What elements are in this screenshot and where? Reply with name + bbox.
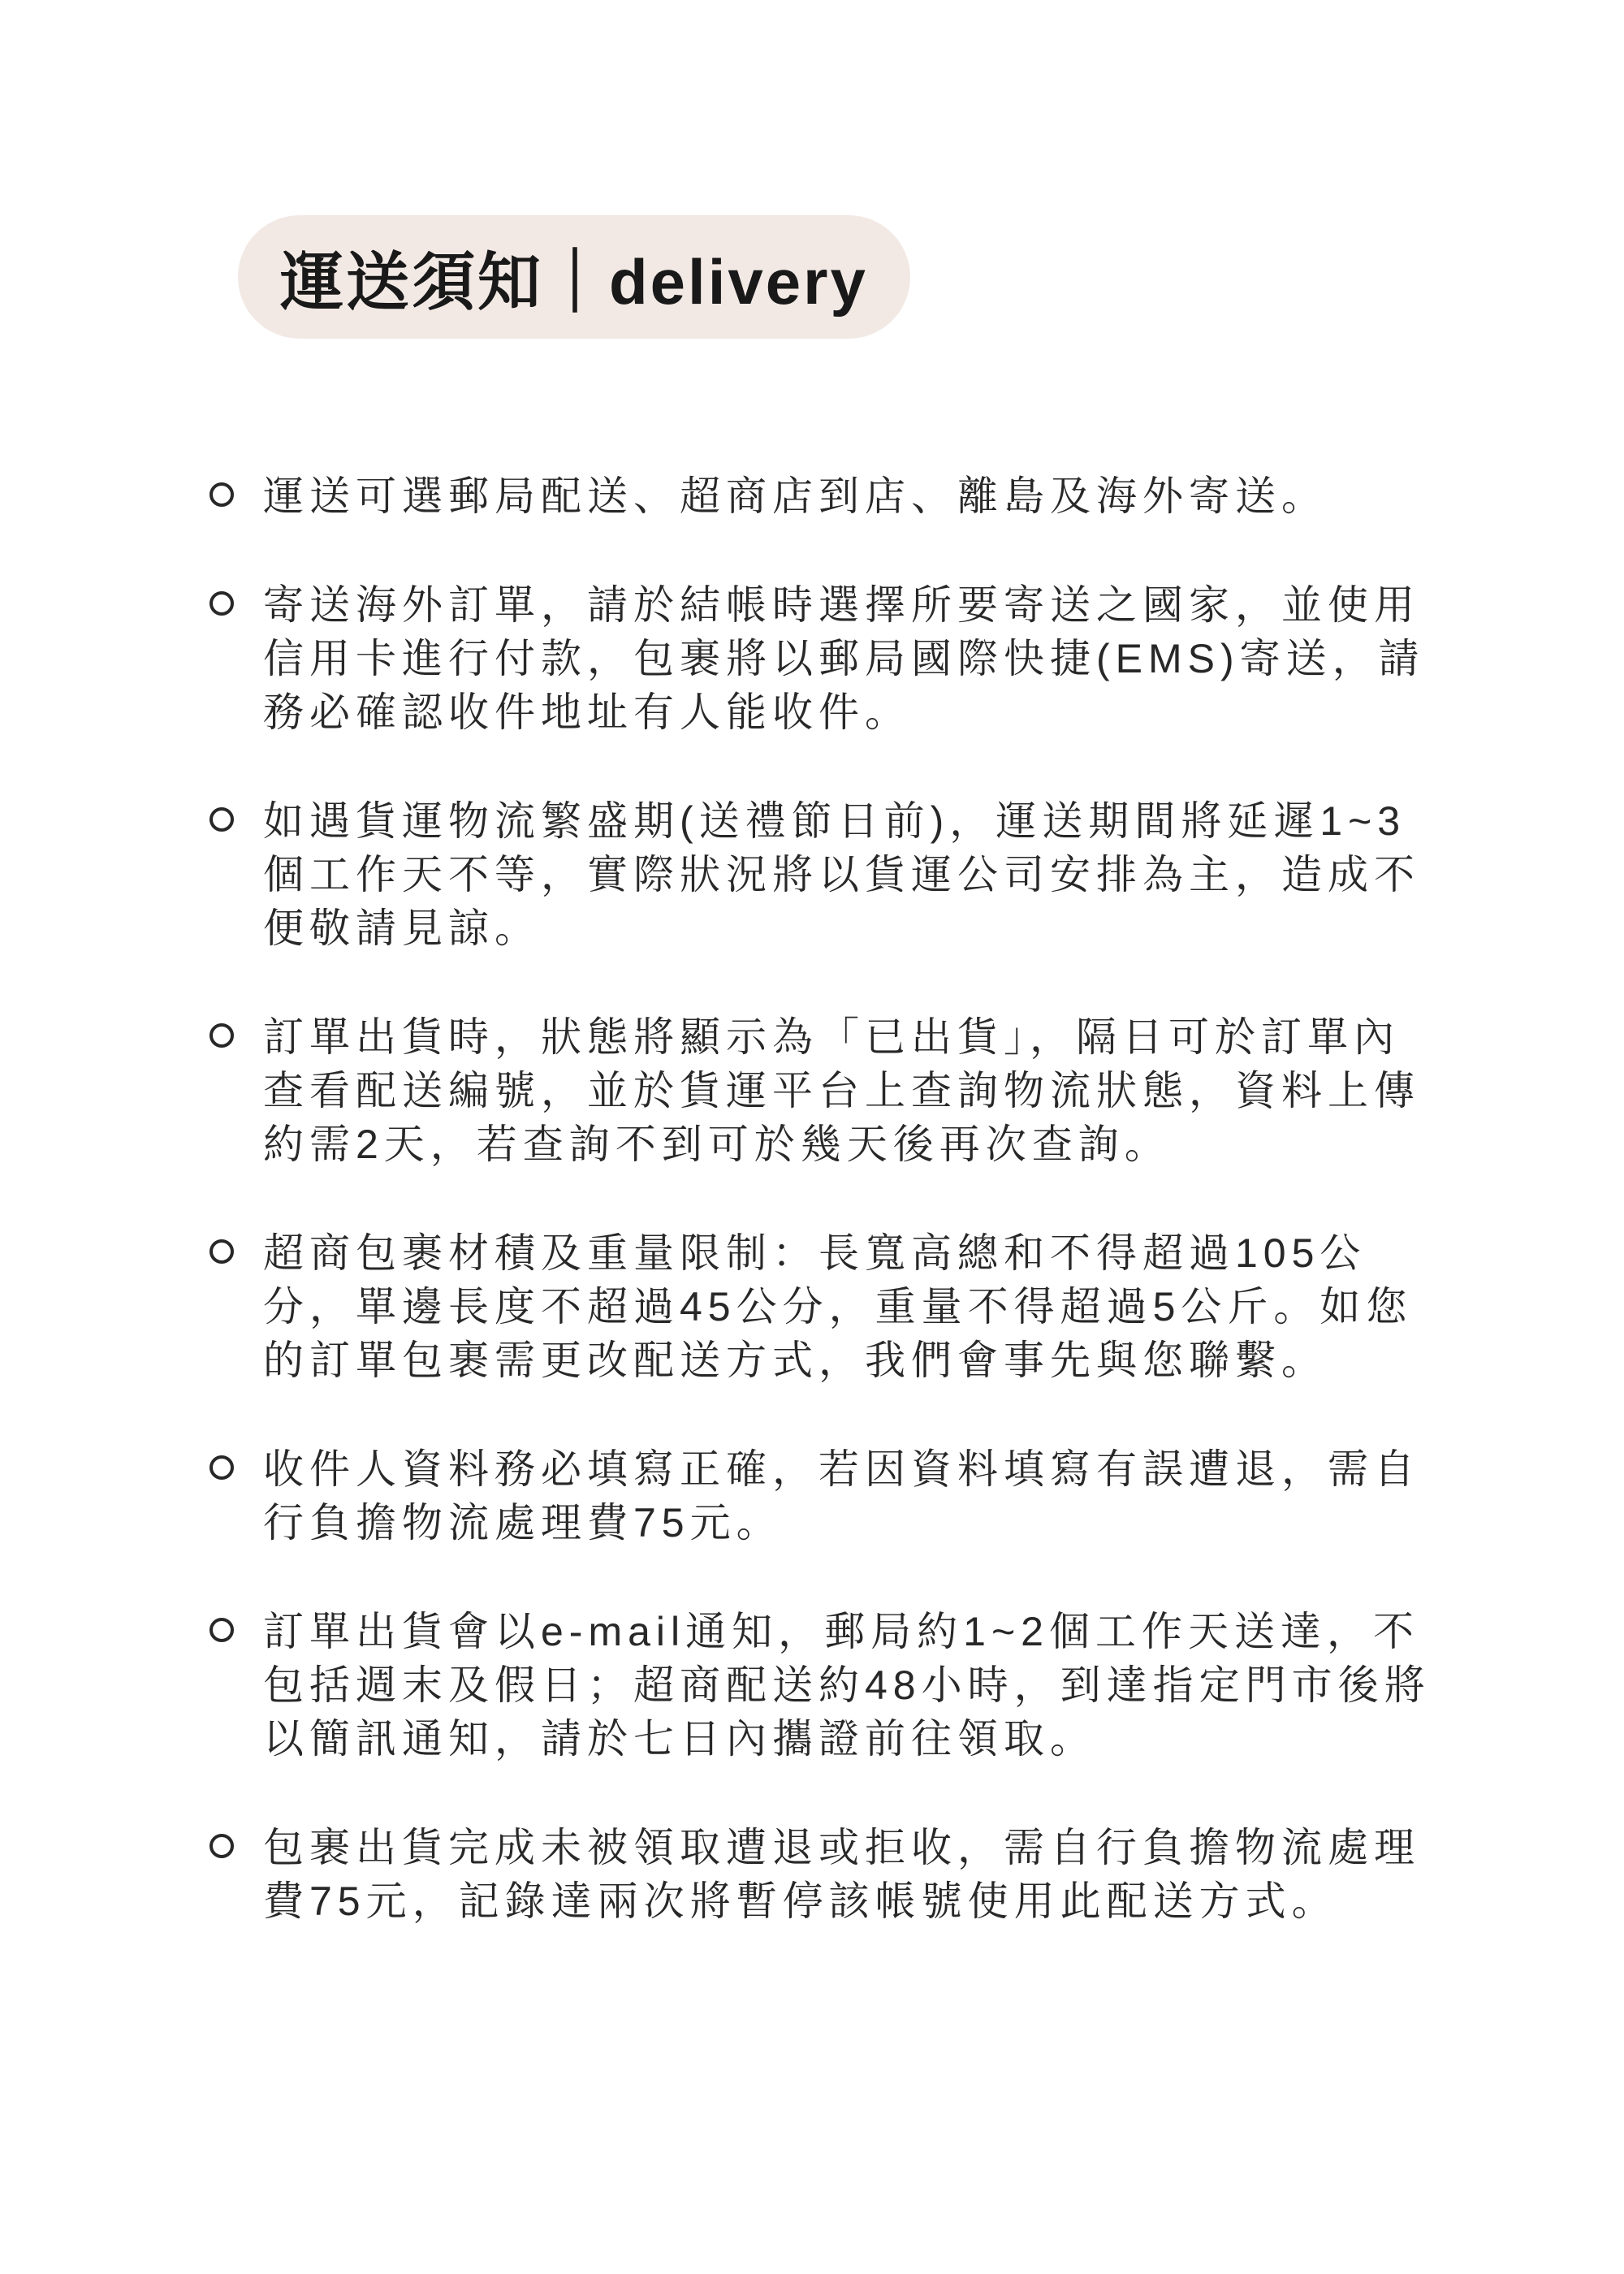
circle-bullet-icon (209, 1239, 234, 1264)
page-title: 運送須知｜delivery (280, 231, 868, 322)
page-title-pill: 運送須知｜delivery (238, 215, 910, 339)
delivery-note-item: 超商包裹材積及重量限制：長寬高總和不得超過105公分，單邊長度不超過45公分，重… (209, 1226, 1432, 1387)
delivery-note-item: 收件人資料務必填寫正確，若因資料填寫有誤遭退，需自行負擔物流處理費75元。 (209, 1442, 1432, 1550)
circle-bullet-icon (209, 807, 234, 832)
delivery-note-text: 超商包裹材積及重量限制：長寬高總和不得超過105公分，單邊長度不超過45公分，重… (263, 1226, 1432, 1387)
delivery-note-text: 訂單出貨時，狀態將顯示為「已出貨」，隔日可於訂單內查看配送編號，並於貨運平台上查… (263, 1010, 1432, 1171)
circle-bullet-icon (209, 482, 234, 507)
delivery-note-item: 訂單出貨會以e-mail通知，郵局約1~2個工作天送達，不包括週末及假日；超商配… (209, 1605, 1432, 1766)
delivery-note-text: 訂單出貨會以e-mail通知，郵局約1~2個工作天送達，不包括週末及假日；超商配… (263, 1605, 1432, 1766)
circle-bullet-icon (209, 1618, 234, 1642)
delivery-note-item: 訂單出貨時，狀態將顯示為「已出貨」，隔日可於訂單內查看配送編號，並於貨運平台上查… (209, 1010, 1432, 1171)
delivery-note-text: 包裹出貨完成未被領取遭退或拒收，需自行負擔物流處理費75元，記錄達兩次將暫停該帳… (263, 1821, 1432, 1928)
delivery-note-text: 運送可選郵局配送、超商店到店、離島及海外寄送。 (263, 469, 1432, 523)
delivery-note-text: 收件人資料務必填寫正確，若因資料填寫有誤遭退，需自行負擔物流處理費75元。 (263, 1442, 1432, 1550)
delivery-note-text: 如遇貨運物流繁盛期(送禮節日前)，運送期間將延遲1~3個工作天不等，實際狀況將以… (263, 794, 1432, 955)
circle-bullet-icon (209, 1023, 234, 1048)
delivery-note-item: 如遇貨運物流繁盛期(送禮節日前)，運送期間將延遲1~3個工作天不等，實際狀況將以… (209, 794, 1432, 955)
delivery-note-item: 寄送海外訂單，請於結帳時選擇所要寄送之國家，並使用信用卡進行付款，包裹將以郵局國… (209, 578, 1432, 739)
circle-bullet-icon (209, 1834, 234, 1858)
delivery-notes-list: 運送可選郵局配送、超商店到店、離島及海外寄送。 寄送海外訂單，請於結帳時選擇所要… (209, 469, 1432, 1928)
delivery-note-item: 包裹出貨完成未被領取遭退或拒收，需自行負擔物流處理費75元，記錄達兩次將暫停該帳… (209, 1821, 1432, 1928)
delivery-note-item: 運送可選郵局配送、超商店到店、離島及海外寄送。 (209, 469, 1432, 523)
delivery-notice-page: 運送須知｜delivery 運送可選郵局配送、超商店到店、離島及海外寄送。 寄送… (0, 0, 1624, 2274)
delivery-note-text: 寄送海外訂單，請於結帳時選擇所要寄送之國家，並使用信用卡進行付款，包裹將以郵局國… (263, 578, 1432, 739)
circle-bullet-icon (209, 591, 234, 616)
circle-bullet-icon (209, 1455, 234, 1480)
